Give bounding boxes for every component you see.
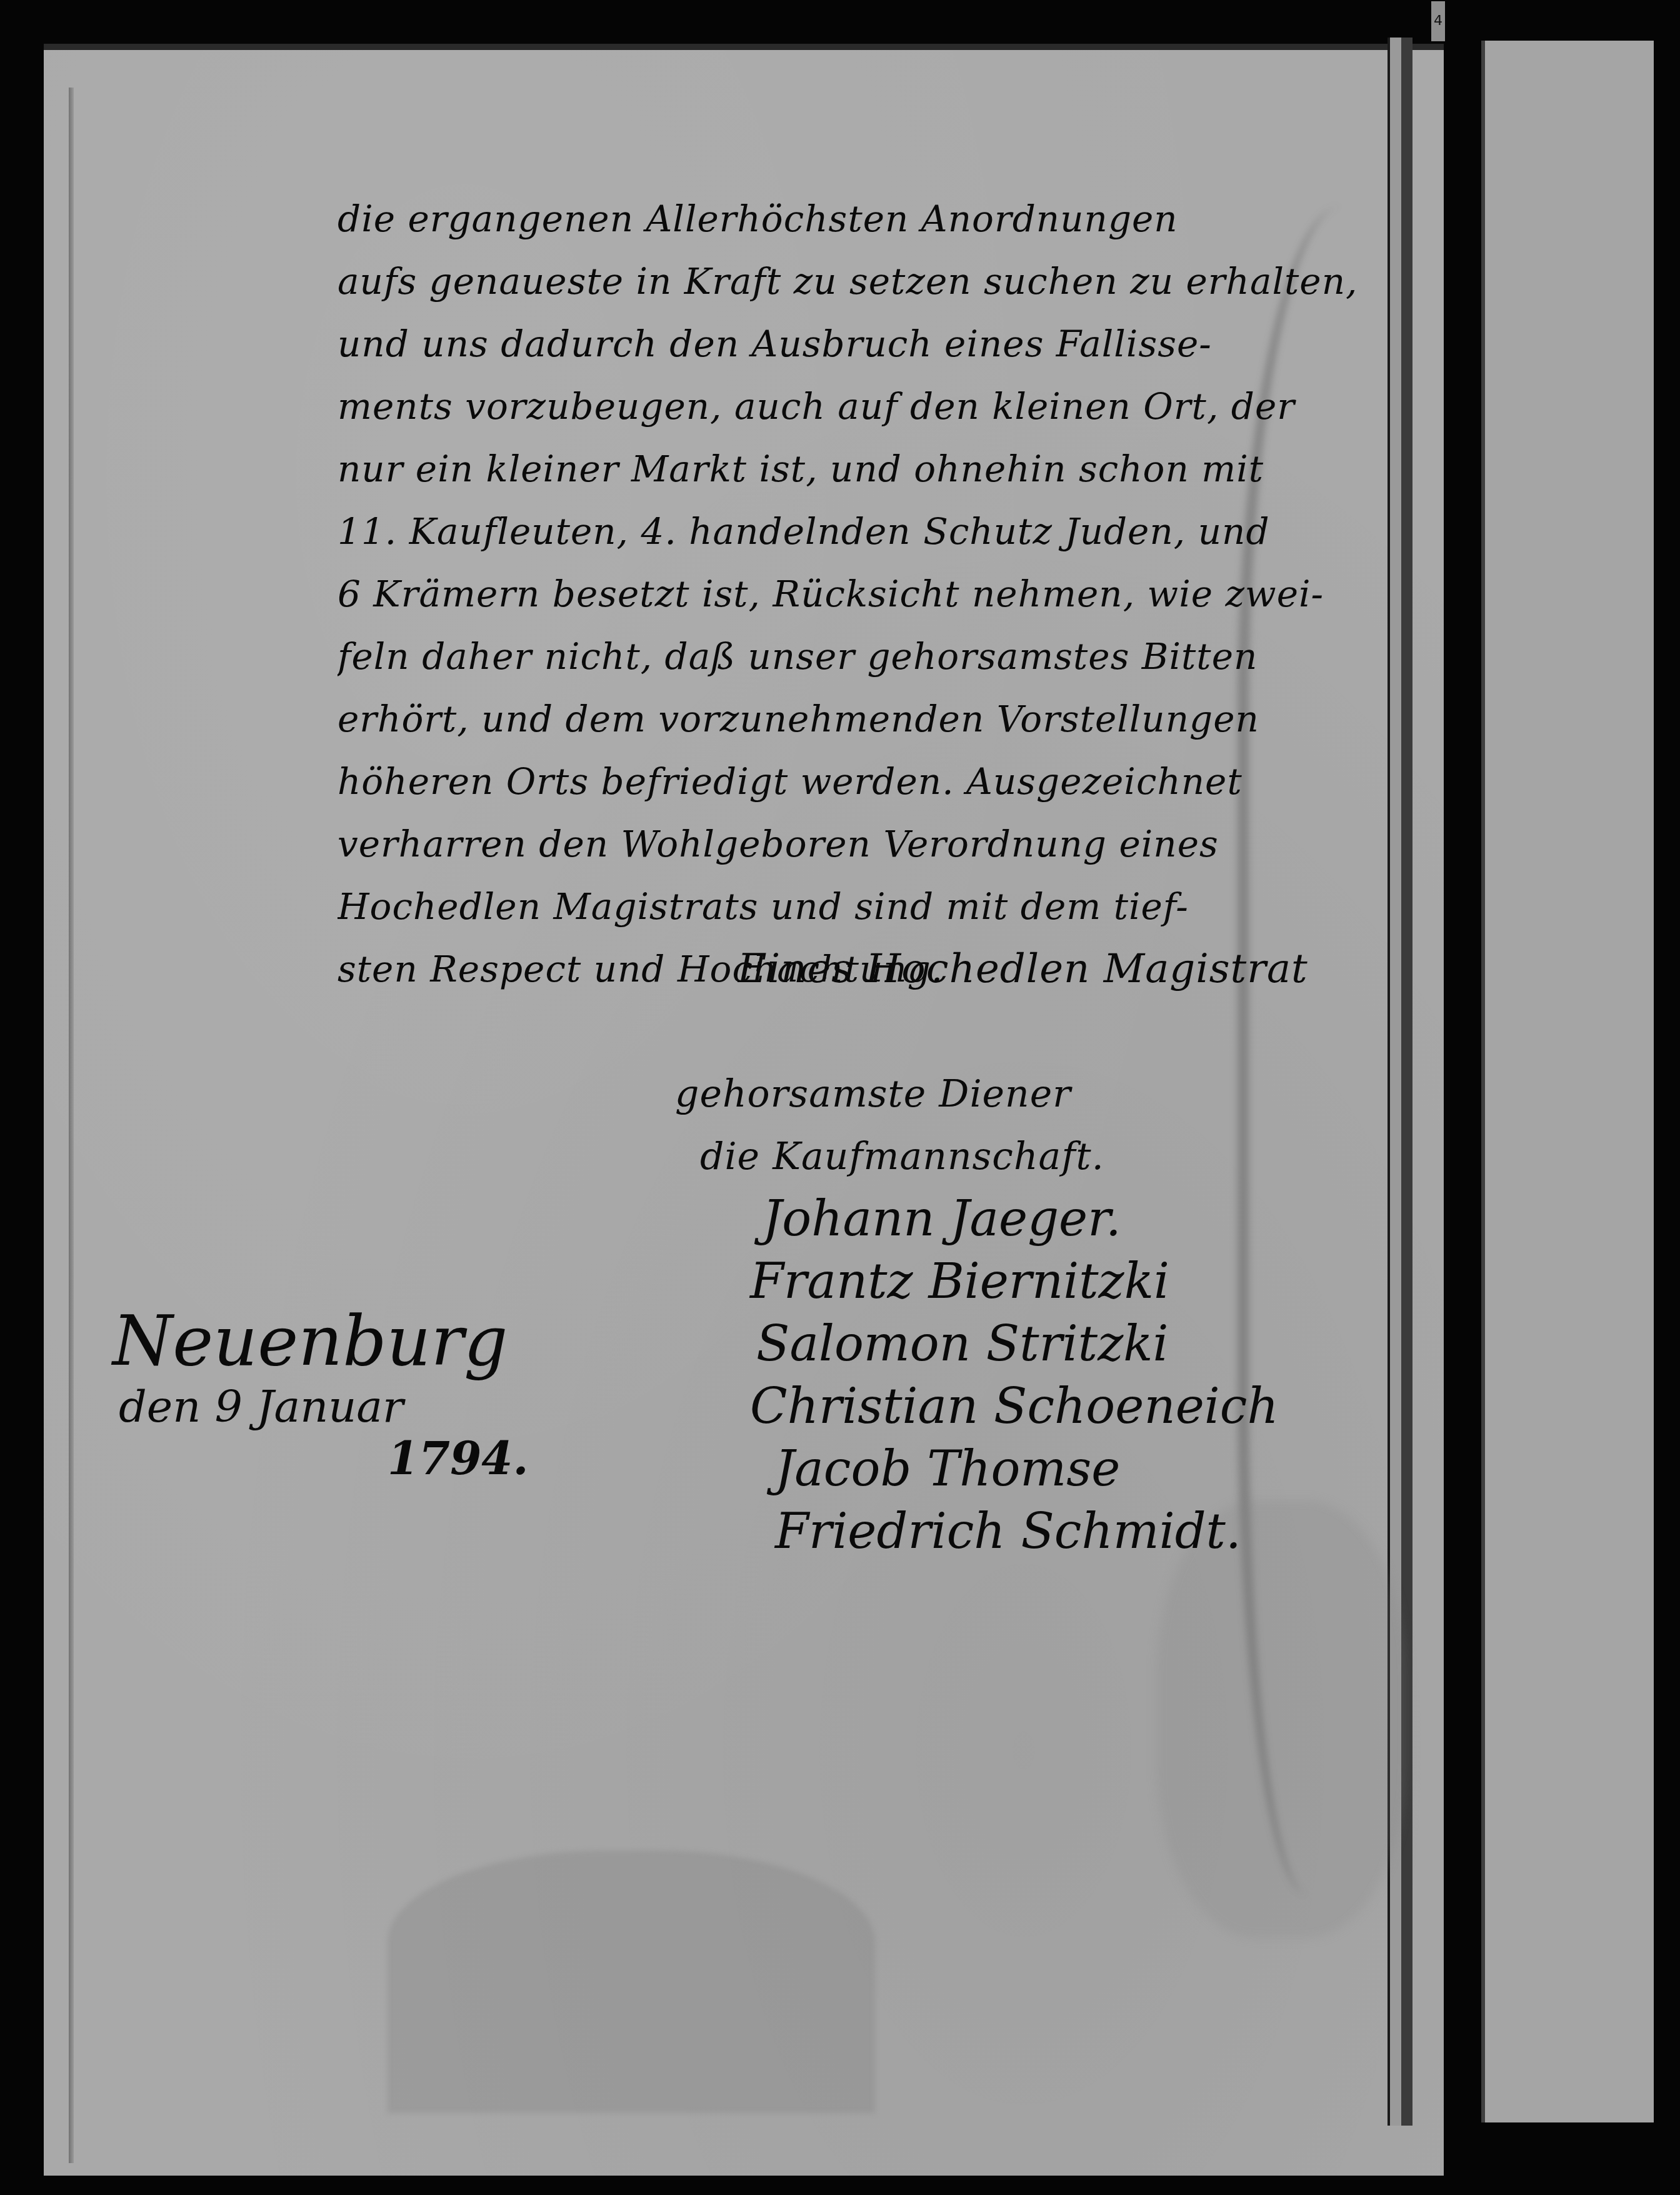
- body-line: 6 Krämern besetzt ist, Rücksicht nehmen,…: [337, 563, 1412, 625]
- letter-closing: Eines Hochedlen Magistrat gehorsamste Di…: [675, 938, 1425, 1188]
- signature: Salomon Stritzki: [756, 1313, 1279, 1375]
- signature: Friedrich Schmidt.: [775, 1500, 1279, 1563]
- adjacent-page-strip: [1481, 41, 1654, 2122]
- signature: Jacob Thomse: [775, 1438, 1279, 1500]
- place-name: Neuenburg: [112, 1300, 528, 1382]
- water-stain-right: [1156, 1500, 1406, 1938]
- body-line: und uns dadurch den Ausbruch eines Falli…: [337, 313, 1412, 375]
- body-line: verharren den Wohlgeboren Verordnung ein…: [337, 813, 1412, 875]
- year: 1794.: [387, 1432, 528, 1485]
- closing-salutation: Eines Hochedlen Magistrat: [737, 938, 1425, 1000]
- body-line: höheren Orts befriedigt werden. Ausgezei…: [337, 750, 1412, 813]
- signature: Frantz Biernitzki: [750, 1250, 1279, 1313]
- place-and-date: Neuenburg den 9 Januar 1794.: [112, 1300, 528, 1485]
- closing-servants: gehorsamste Diener: [675, 1063, 1425, 1125]
- body-line: die ergangenen Allerhöchsten Anordnungen: [337, 188, 1412, 250]
- body-line: feln daher nicht, daß unser gehorsamstes…: [337, 625, 1412, 688]
- closing-group: die Kaufmannschaft.: [700, 1125, 1425, 1188]
- body-line: nur ein kleiner Markt ist, und ohnehin s…: [337, 438, 1412, 500]
- body-line: Hochedlen Magistrats und sind mit dem ti…: [337, 875, 1412, 938]
- body-line: erhört, und dem vorzunehmenden Vorstellu…: [337, 688, 1412, 750]
- body-line: 11. Kaufleuten, 4. handelnden Schutz Jud…: [337, 500, 1412, 563]
- date-line: den 9 Januar: [119, 1382, 528, 1432]
- signature-block: Johann Jaeger. Frantz Biernitzki Salomon…: [737, 1188, 1279, 1563]
- body-line: ments vorzubeugen, auch auf den kleinen …: [337, 375, 1412, 438]
- folio-number-tag: 4: [1431, 1, 1445, 41]
- signature: Christian Schoeneich: [750, 1375, 1279, 1438]
- body-line: aufs genaueste in Kraft zu setzen suchen…: [337, 250, 1412, 313]
- closing-spacer: [675, 1000, 1425, 1063]
- water-stain-bottom: [387, 1851, 875, 2113]
- letter-body: die ergangenen Allerhöchsten Anordnungen…: [400, 188, 1412, 1000]
- signature: Johann Jaeger.: [762, 1188, 1279, 1250]
